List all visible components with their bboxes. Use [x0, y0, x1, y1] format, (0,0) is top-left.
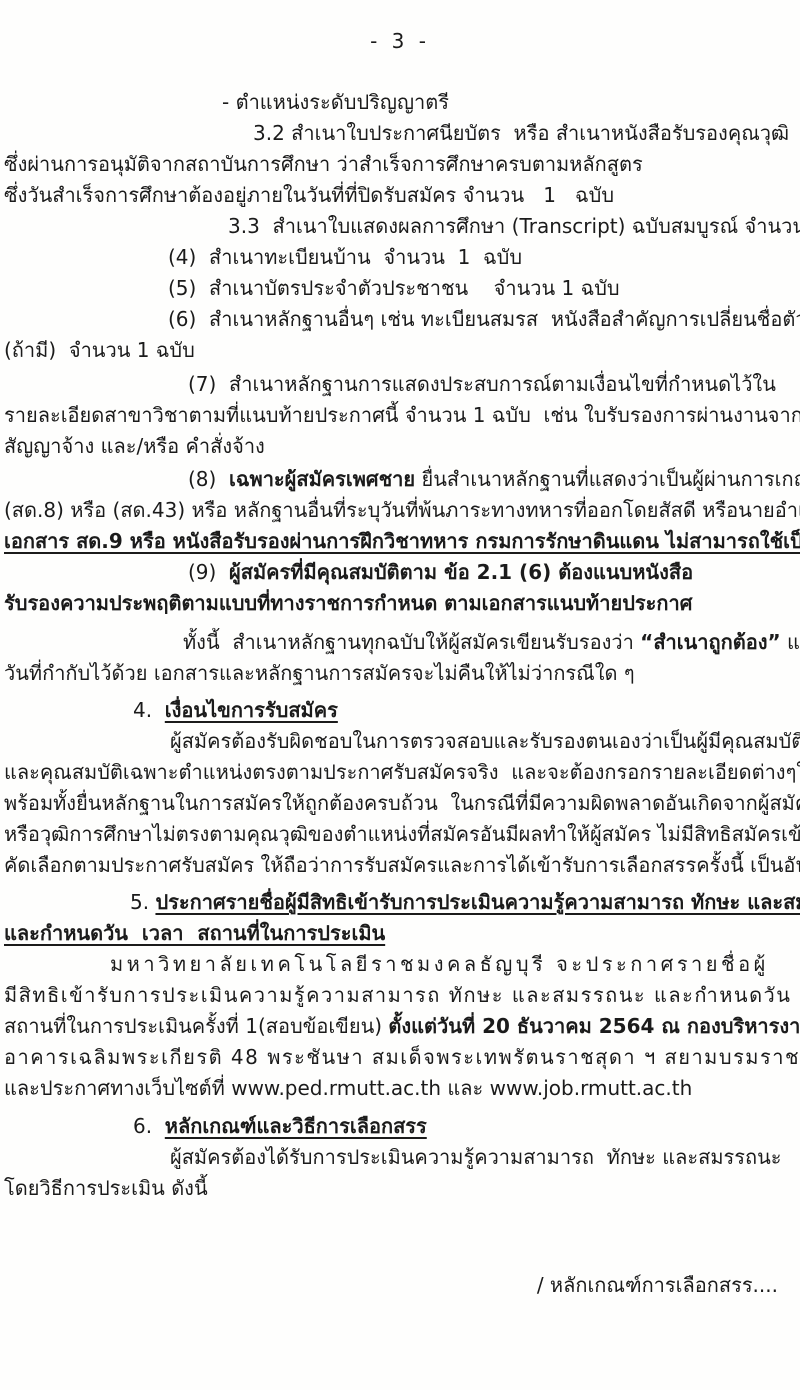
text-run: เฉพาะผู้สมัครเพศชาย — [229, 467, 415, 491]
text-run: รายละเอียดสาขาวิชาตามที่แนบท้ายประกาศนี้… — [4, 403, 800, 427]
text-run: เอกสาร สด.9 หรือ หนังสือรับรองผ่านการฝึก… — [4, 529, 800, 553]
text-run: หลักเกณฑ์และวิธีการเลือกสรร — [165, 1114, 427, 1138]
document-line: ผู้สมัครต้องได้รับการประเมินความรู้ความส… — [0, 1142, 800, 1173]
document-line: อาคารเฉลิมพระเกียรติ 48 พระชันษา สมเด็จพ… — [0, 1042, 800, 1073]
document-line: โดยวิธีการประเมิน ดังนี้ — [0, 1173, 800, 1204]
text-run: (5) สำเนาบัตรประจำตัวประชาชน จำนวน 1 ฉบั… — [168, 276, 620, 300]
text-run: (6) สำเนาหลักฐานอื่นๆ เช่น ทะเบียนสมรส ห… — [168, 307, 800, 331]
document-line: (6) สำเนาหลักฐานอื่นๆ เช่น ทะเบียนสมรส ห… — [0, 304, 800, 335]
text-run: 4. — [133, 698, 165, 722]
text-run: (8) — [188, 467, 229, 491]
document-line: มีสิทธิเข้ารับการประเมินความรู้ความสามาร… — [0, 980, 800, 1011]
continuation-note: / หลักเกณฑ์การเลือกสรร.... — [0, 1270, 800, 1301]
page-number: - 3 - — [0, 0, 800, 57]
text-run: รับรองความประพฤติตามแบบที่ทางราชการกำหนด… — [4, 591, 692, 615]
document-line: ทั้งนี้ สำเนาหลักฐานทุกฉบับให้ผู้สมัครเข… — [0, 627, 800, 658]
document-line: (4) สำเนาทะเบียนบ้าน จำนวน 1 ฉบับ — [0, 242, 800, 273]
text-run: และลงชื่อ — [781, 630, 800, 654]
text-run: มหาวิทยาลัยเทคโนโลยีราชมงคลธัญบุรี จะประ… — [110, 952, 769, 976]
text-run: 3.2 สำเนาใบประกาศนียบัตร หรือ สำเนาหนังส… — [253, 121, 789, 145]
text-run: (4) สำเนาทะเบียนบ้าน จำนวน 1 ฉบับ — [168, 245, 522, 269]
document-line: (9) ผู้สมัครที่มีคุณสมบัติตาม ข้อ 2.1 (6… — [0, 557, 800, 588]
document-line: ซึ่งวันสำเร็จการศึกษาต้องอยู่ภายในวันที่… — [0, 180, 800, 211]
text-run: โดยวิธีการประเมิน ดังนี้ — [4, 1176, 208, 1200]
text-run: 5. — [130, 890, 155, 914]
document-line: 5. ประกาศรายชื่อผู้มีสิทธิเข้ารับการประเ… — [0, 887, 800, 918]
document-line: และกำหนดวัน เวลา สถานที่ในการประเมิน — [0, 918, 800, 949]
document-line: คัดเลือกตามประกาศรับสมัคร ให้ถือว่าการรั… — [0, 850, 800, 881]
document-line: รายละเอียดสาขาวิชาตามที่แนบท้ายประกาศนี้… — [0, 400, 800, 431]
text-run: ผู้สมัครที่มีคุณสมบัติตาม ข้อ 2.1 (6) ต้… — [229, 560, 693, 584]
document-line: วันที่กำกับไว้ด้วย เอกสารและหลักฐานการสม… — [0, 658, 800, 689]
document-line: 6. หลักเกณฑ์และวิธีการเลือกสรร — [0, 1111, 800, 1142]
text-run: (7) สำเนาหลักฐานการแสดงประสบการณ์ตามเงื่… — [188, 372, 776, 396]
document-line: (7) สำเนาหลักฐานการแสดงประสบการณ์ตามเงื่… — [0, 369, 800, 400]
text-run: ซึ่งวันสำเร็จการศึกษาต้องอยู่ภายในวันที่… — [4, 183, 614, 207]
text-run: สถานที่ในการประเมินครั้งที่ 1(สอบข้อเขีย… — [4, 1014, 388, 1038]
document-line: เอกสาร สด.9 หรือ หนังสือรับรองผ่านการฝึก… — [0, 526, 800, 557]
text-run: 3.3 สำเนาใบแสดงผลการศึกษา (Transcript) ฉ… — [228, 214, 800, 238]
document-line: มหาวิทยาลัยเทคโนโลยีราชมงคลธัญบุรี จะประ… — [0, 949, 800, 980]
text-run: 6. — [133, 1114, 165, 1138]
document-line: และประกาศทางเว็บไซต์ที่ www.ped.rmutt.ac… — [0, 1073, 800, 1104]
document-page: - 3 - - ตำแหน่งระดับปริญญาตรี3.2 สำเนาใบ… — [0, 0, 800, 1390]
document-line: พร้อมทั้งยื่นหลักฐานในการสมัครให้ถูกต้อง… — [0, 788, 800, 819]
text-run: (ถ้ามี) จำนวน 1 ฉบับ — [4, 338, 195, 362]
document-line: 3.2 สำเนาใบประกาศนียบัตร หรือ สำเนาหนังส… — [0, 118, 800, 149]
text-run: “สำเนาถูกต้อง” — [640, 630, 780, 654]
text-run: ยื่นสำเนาหลักฐานที่แสดงว่าเป็นผู้ผ่านการ… — [415, 467, 800, 491]
text-run: และกำหนดวัน เวลา สถานที่ในการประเมิน — [4, 921, 385, 945]
text-run: และประกาศทางเว็บไซต์ที่ www.ped.rmutt.ac… — [4, 1076, 692, 1100]
text-run: หรือวุฒิการศึกษาไม่ตรงตามคุณวุฒิของตำแหน… — [4, 822, 800, 846]
document-line: 3.3 สำเนาใบแสดงผลการศึกษา (Transcript) ฉ… — [0, 211, 800, 242]
text-run: ผู้สมัครต้องรับผิดชอบในการตรวจสอบและรับร… — [170, 729, 800, 753]
document-line: ซึ่งผ่านการอนุมัติจากสถาบันการศึกษา ว่าส… — [0, 149, 800, 180]
text-run: พร้อมทั้งยื่นหลักฐานในการสมัครให้ถูกต้อง… — [4, 791, 800, 815]
document-body: - ตำแหน่งระดับปริญญาตรี3.2 สำเนาใบประกาศ… — [0, 87, 800, 1204]
document-line: ผู้สมัครต้องรับผิดชอบในการตรวจสอบและรับร… — [0, 726, 800, 757]
document-line: (5) สำเนาบัตรประจำตัวประชาชน จำนวน 1 ฉบั… — [0, 273, 800, 304]
document-line: (ถ้ามี) จำนวน 1 ฉบับ — [0, 335, 800, 366]
text-run: คัดเลือกตามประกาศรับสมัคร ให้ถือว่าการรั… — [4, 853, 800, 877]
text-run: ทั้งนี้ สำเนาหลักฐานทุกฉบับให้ผู้สมัครเข… — [183, 630, 640, 654]
text-run: เงื่อนไขการรับสมัคร — [165, 698, 338, 722]
text-run: (สด.8) หรือ (สด.43) หรือ หลักฐานอื่นที่ร… — [4, 498, 800, 522]
document-line: และคุณสมบัติเฉพาะตำแหน่งตรงตามประกาศรับส… — [0, 757, 800, 788]
text-run: ประกาศรายชื่อผู้มีสิทธิเข้ารับการประเมิน… — [155, 890, 800, 914]
text-run: มีสิทธิเข้ารับการประเมินความรู้ความสามาร… — [4, 983, 800, 1007]
text-run: และคุณสมบัติเฉพาะตำแหน่งตรงตามประกาศรับส… — [4, 760, 800, 784]
text-run: วันที่กำกับไว้ด้วย เอกสารและหลักฐานการสม… — [4, 661, 635, 685]
text-run: ตั้งแต่วันที่ 20 ธันวาคม 2564 ณ กองบริหา… — [388, 1014, 800, 1038]
document-line: สัญญาจ้าง และ/หรือ คำสั่งจ้าง — [0, 431, 800, 462]
document-line: หรือวุฒิการศึกษาไม่ตรงตามคุณวุฒิของตำแหน… — [0, 819, 800, 850]
text-run: - ตำแหน่งระดับปริญญาตรี — [222, 90, 449, 114]
document-line: สถานที่ในการประเมินครั้งที่ 1(สอบข้อเขีย… — [0, 1011, 800, 1042]
document-line: รับรองความประพฤติตามแบบที่ทางราชการกำหนด… — [0, 588, 800, 619]
text-run: อาคารเฉลิมพระเกียรติ 48 พระชันษา สมเด็จพ… — [4, 1045, 800, 1069]
text-run: ซึ่งผ่านการอนุมัติจากสถาบันการศึกษา ว่าส… — [4, 152, 643, 176]
text-run: ผู้สมัครต้องได้รับการประเมินความรู้ความส… — [170, 1145, 782, 1169]
document-line: - ตำแหน่งระดับปริญญาตรี — [0, 87, 800, 118]
document-line: (8) เฉพาะผู้สมัครเพศชาย ยื่นสำเนาหลักฐาน… — [0, 464, 800, 495]
text-run: สัญญาจ้าง และ/หรือ คำสั่งจ้าง — [4, 434, 265, 458]
document-line: (สด.8) หรือ (สด.43) หรือ หลักฐานอื่นที่ร… — [0, 495, 800, 526]
text-run: (9) — [188, 560, 229, 584]
document-line: 4. เงื่อนไขการรับสมัคร — [0, 695, 800, 726]
